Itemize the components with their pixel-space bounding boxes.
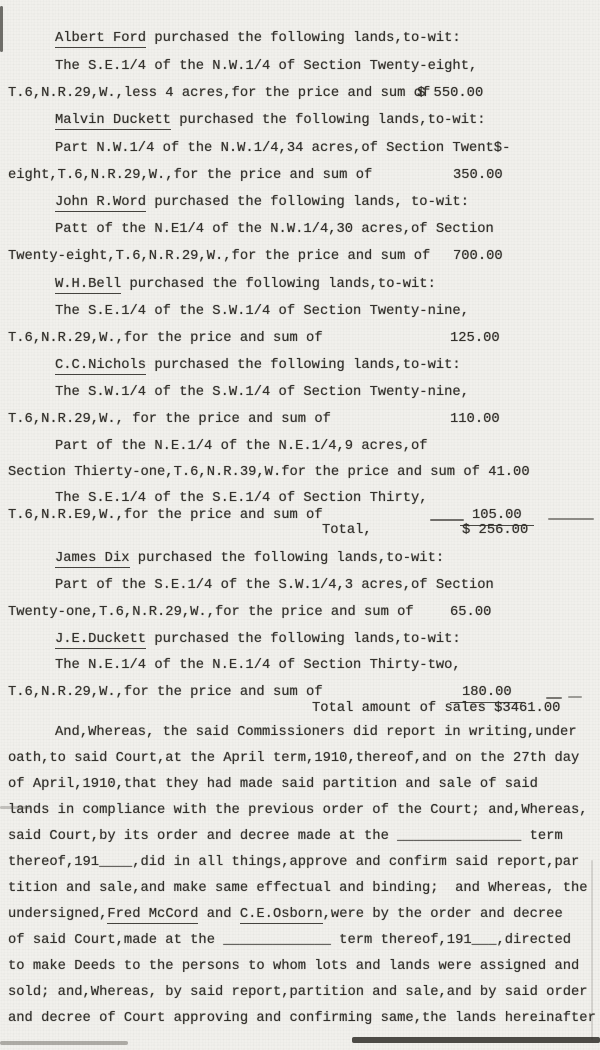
text-segment: Part of the S.E.1/4 of the S.W.1/4,3 acr… [55,578,494,593]
line-text: Malvin Duckett purchased the following l… [55,113,486,128]
text-line: of said Court,made at the _____________ … [0,932,600,949]
text-segment: The N.E.1/4 of the N.E.1/4 of Section Th… [55,658,461,673]
underlined-name: J.E.Duckett [55,632,146,649]
line-text: oath,to said Court,at the April term,191… [8,751,579,766]
text-line: Patt of the N.E1/4 of the N.W.1/4,30 acr… [0,221,600,238]
line-text: and decree of Court approving and confir… [8,1011,596,1026]
amount-value: $ 256.00 [462,522,528,539]
text-segment: thereof,191____,did in all things,approv… [8,855,579,870]
text-segment: T.6,N.R.29,W.,for the price and sum of [8,331,323,346]
bottom-smudge-left [0,1041,128,1045]
line-text: Twenty-eight,T.6,N.R.29,W.,for the price… [8,249,430,264]
text-segment: Total, [322,523,372,538]
line-text: John R.Word purchased the following land… [55,195,469,210]
text-segment: The S.W.1/4 of the S.W.1/4 of Section Tw… [55,385,469,400]
amount-value: 700.00 [453,248,503,265]
line-text: Albert Ford purchased the following land… [55,31,461,46]
amount-value: 65.00 [450,604,491,621]
line-text: The N.E.1/4 of the N.E.1/4 of Section Th… [55,658,461,673]
underlined-name: Albert Ford [55,31,146,48]
text-line: C.C.Nichols purchased the following land… [0,357,600,374]
text-line: Part N.W.1/4 of the N.W.1/4,34 acres,of … [0,140,600,157]
text-segment: purchased the following lands,to-wit: [146,31,461,46]
bottom-smudge-right [352,1037,600,1043]
text-line: Albert Ford purchased the following land… [0,30,600,47]
text-segment: oath,to said Court,at the April term,191… [8,751,579,766]
line-text: T.6,N.R.E9,W.,for the price and sum of [8,508,323,523]
text-line: T.6,N.R.29,W., for the price and sum of1… [0,411,600,428]
text-segment: T.6,N.R.29,W.,less 4 acres,for the price… [8,86,430,101]
line-text: Patt of the N.E1/4 of the N.W.1/4,30 acr… [55,222,494,237]
underlined-name: W.H.Bell [55,277,121,294]
text-line: James Dix purchased the following lands,… [0,550,600,567]
amount-value: $ 550.00 [417,85,483,102]
sales-rule-dash-1 [546,697,562,699]
text-line: J.E.Duckett purchased the following land… [0,631,600,648]
line-text: lands in compliance with the previous or… [8,803,588,818]
text-line: and decree of Court approving and confir… [0,1010,600,1027]
text-line: tition and sale,and make same effectual … [0,880,600,897]
line-text: of said Court,made at the _____________ … [8,933,571,948]
text-line: And,Whereas, the said Commissioners did … [0,724,600,741]
text-segment: purchased the following lands,to-wit: [146,632,461,647]
underlined-name: John R.Word [55,195,146,212]
text-line: The S.W.1/4 of the S.W.1/4 of Section Tw… [0,384,600,401]
line-text: The S.E.1/4 of the N.W.1/4 of Section Tw… [55,59,477,74]
text-line: sold; and,Whereas, by said report,partit… [0,984,600,1001]
line-text: sold; and,Whereas, by said report,partit… [8,985,588,1000]
line-text: tition and sale,and make same effectual … [8,881,588,896]
amount-value: 125.00 [450,330,500,347]
text-segment: and [198,907,239,922]
line-text: Section Thierty-one,T.6,N.R.39,W.for the… [8,465,530,480]
text-segment: purchased the following lands,to-wit: [146,358,461,373]
scan-edge-smudge-top-left [0,6,3,52]
text-line: W.H.Bell purchased the following lands,t… [0,276,600,293]
text-line: Twenty-eight,T.6,N.R.29,W.,for the price… [0,248,600,265]
text-segment: Patt of the N.E1/4 of the N.W.1/4,30 acr… [55,222,494,237]
text-line: T.6,N.R.29,W.,for the price and sum of12… [0,330,600,347]
text-segment: Part of the N.E.1/4 of the N.E.1/4,9 acr… [55,439,428,454]
text-segment: of April,1910,that they had made said pa… [8,777,538,792]
line-text: And,Whereas, the said Commissioners did … [55,725,577,740]
text-segment: sold; and,Whereas, by said report,partit… [8,985,588,1000]
line-text: T.6,N.R.29,W.,for the price and sum of [8,331,323,346]
text-segment: Twenty-eight,T.6,N.R.29,W.,for the price… [8,249,430,264]
text-line: The S.E.1/4 of the S.E.1/4 of Section Th… [0,490,600,507]
line-text: J.E.Duckett purchased the following land… [55,632,461,647]
text-segment: purchased the following lands,to-wit: [171,113,486,128]
text-segment: And,Whereas, the said Commissioners did … [55,725,577,740]
text-line: eight,T.6,N.R.29,W.,for the price and su… [0,167,600,184]
text-segment: T.6,N.R.29,W.,for the price and sum of [8,685,323,700]
underlined-name: Malvin Duckett [55,113,171,130]
text-segment: of said Court,made at the _____________ … [8,933,571,948]
text-line: Part of the S.E.1/4 of the S.W.1/4,3 acr… [0,577,600,594]
text-segment: T.6,N.R.29,W., for the price and sum of [8,412,331,427]
line-text: Part of the N.E.1/4 of the N.E.1/4,9 acr… [55,439,428,454]
amount-value: 110.00 [450,411,500,428]
line-text: T.6,N.R.29,W., for the price and sum of [8,412,331,427]
text-segment: purchased the following lands,to-wit: [121,277,436,292]
line-text: undersigned,Fred McCord and C.E.Osborn,w… [8,907,563,922]
text-line: lands in compliance with the previous or… [0,802,600,819]
line-text: said Court,by its order and decree made … [8,829,563,844]
text-line: The N.E.1/4 of the N.E.1/4 of Section Th… [0,657,600,674]
amount-value: 350.00 [453,167,503,184]
left-margin-smudge [0,806,30,809]
underlined-name: Fred McCord [107,907,198,924]
line-text: The S.W.1/4 of the S.W.1/4 of Section Tw… [55,385,469,400]
text-segment: tition and sale,and make same effectual … [8,881,588,896]
text-segment: Section Thierty-one,T.6,N.R.39,W.for the… [8,465,530,480]
line-text: The S.E.1/4 of the S.W.1/4 of Section Tw… [55,304,469,319]
text-line: The S.E.1/4 of the N.W.1/4 of Section Tw… [0,58,600,75]
text-segment: Twenty-one,T.6,N.R.29,W.,for the price a… [8,605,414,620]
text-line: The S.E.1/4 of the S.W.1/4 of Section Tw… [0,303,600,320]
text-line: thereof,191____,did in all things,approv… [0,854,600,871]
right-edge-streak [591,860,593,1040]
text-segment: ,were by the order and decree [323,907,563,922]
text-line: T.6,N.R.29,W.,for the price and sum of18… [0,684,600,701]
text-segment: and decree of Court approving and confir… [8,1011,596,1026]
text-segment: eight,T.6,N.R.29,W.,for the price and su… [8,168,372,183]
line-text: to make Deeds to the persons to whom lot… [8,959,579,974]
text-segment: T.6,N.R.E9,W.,for the price and sum of [8,508,323,523]
text-segment: to make Deeds to the persons to whom lot… [8,959,579,974]
underlined-name: C.C.Nichols [55,358,146,375]
text-line: T.6,N.R.29,W.,less 4 acres,for the price… [0,85,600,102]
line-text: Twenty-one,T.6,N.R.29,W.,for the price a… [8,605,414,620]
text-line: to make Deeds to the persons to whom lot… [0,958,600,975]
text-segment: Part N.W.1/4 of the N.W.1/4,34 acres,of … [55,141,510,156]
text-segment: The S.E.1/4 of the S.E.1/4 of Section Th… [55,491,428,506]
text-line: Total,$ 256.00 [0,522,600,539]
text-line: Twenty-one,T.6,N.R.29,W.,for the price a… [0,604,600,621]
line-text: Part of the S.E.1/4 of the S.W.1/4,3 acr… [55,578,494,593]
text-segment: said Court,by its order and decree made … [8,829,563,844]
underlined-name: James Dix [55,551,130,568]
text-segment: lands in compliance with the previous or… [8,803,588,818]
line-text: of April,1910,that they had made said pa… [8,777,538,792]
text-segment: purchased the following lands,to-wit: [130,551,445,566]
line-text: W.H.Bell purchased the following lands,t… [55,277,436,292]
line-text: Part N.W.1/4 of the N.W.1/4,34 acres,of … [55,141,510,156]
line-text: C.C.Nichols purchased the following land… [55,358,461,373]
line-text: eight,T.6,N.R.29,W.,for the price and su… [8,168,372,183]
total-rule-right-dash [548,518,594,520]
text-segment: purchased the following lands, to-wit: [146,195,469,210]
text-segment: Total amount of sales $3461.00 [312,701,560,716]
line-text: thereof,191____,did in all things,approv… [8,855,579,870]
line-text: Total amount of sales $3461.00 [312,701,560,716]
line-text: T.6,N.R.29,W.,for the price and sum of [8,685,323,700]
text-line: Part of the N.E.1/4 of the N.E.1/4,9 acr… [0,438,600,455]
text-line: Total amount of sales $3461.00 [0,700,600,717]
line-text: James Dix purchased the following lands,… [55,551,444,566]
text-segment: undersigned, [8,907,107,922]
text-line: of April,1910,that they had made said pa… [0,776,600,793]
text-segment: The S.E.1/4 of the N.W.1/4 of Section Tw… [55,59,477,74]
text-line: oath,to said Court,at the April term,191… [0,750,600,767]
total-rule-left-dash [430,519,464,521]
text-line: undersigned,Fred McCord and C.E.Osborn,w… [0,906,600,923]
underlined-name: C.E.Osborn [240,907,323,924]
text-line: Malvin Duckett purchased the following l… [0,112,600,129]
text-line: Section Thierty-one,T.6,N.R.39,W.for the… [0,464,600,481]
line-text: T.6,N.R.29,W.,less 4 acres,for the price… [8,86,430,101]
sales-rule-dash-2 [568,696,582,698]
text-line: said Court,by its order and decree made … [0,828,600,845]
document-page: Albert Ford purchased the following land… [0,0,600,1050]
line-text: Total, [322,523,372,538]
text-segment: The S.E.1/4 of the S.W.1/4 of Section Tw… [55,304,469,319]
text-line: John R.Word purchased the following land… [0,194,600,211]
line-text: The S.E.1/4 of the S.E.1/4 of Section Th… [55,491,428,506]
